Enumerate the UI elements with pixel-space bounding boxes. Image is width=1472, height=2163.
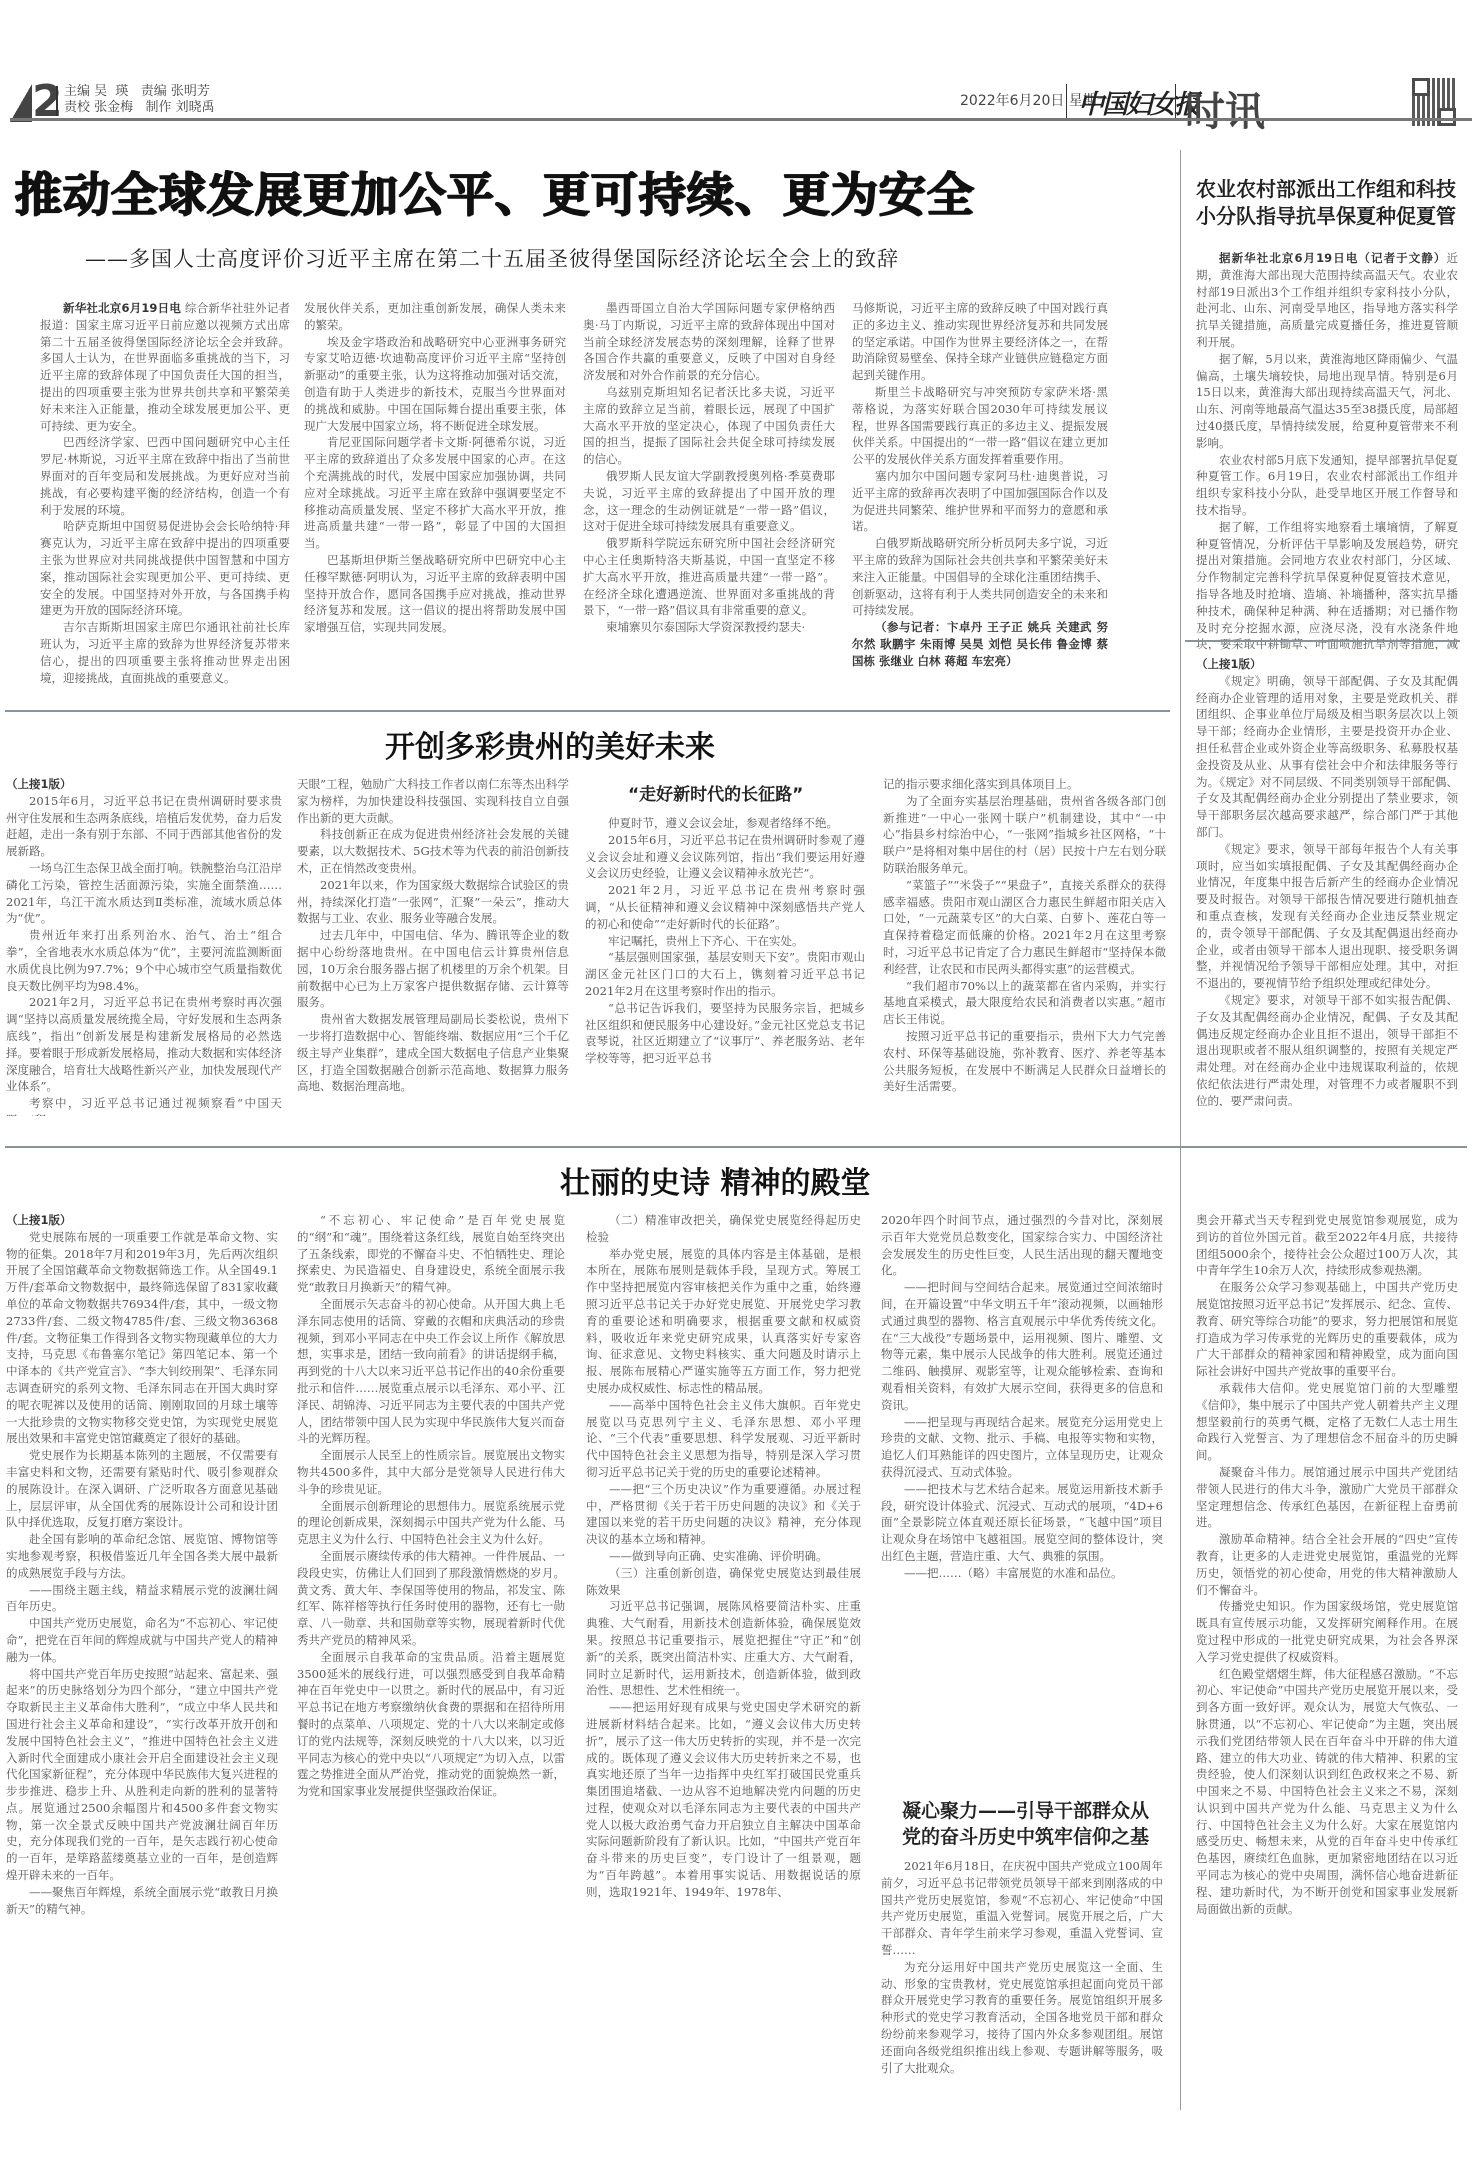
section-rule	[5, 710, 1170, 712]
museum-paragraph: 赴全国有影响的革命纪念馆、展览馆、博物馆等实地参观考察，积极借鉴近几年全国各类大…	[6, 1531, 278, 1581]
lead-paragraph: 巴基斯坦伊斯兰堡战略研究所中巴研究中心主任穆罕默德·阿明认为，习近平主席的致辞表…	[304, 552, 566, 636]
museum-column-5: 奥会开幕式当天专程到党史展览馆参观展览，成为到访的首位外国元首。截至2022年4…	[1196, 1212, 1458, 2157]
guizhou-subheadline: “走好新时代的长征路”	[628, 780, 803, 805]
editor-credits: 主编 吴 瑛 责编 张明芳责校 张金梅 制作 刘晓禹	[64, 84, 215, 116]
museum-paragraph: 在服务公众学习参观基础上，中国共产党历史展览馆按照习近平总书记“发挥展示、纪念、…	[1196, 1279, 1458, 1380]
reporter-credits: （参与记者：卞卓丹 王子正 姚兵 关建武 努尔然 耿鹏宇 朱雨博 吴昊 刘恺 吴…	[852, 619, 1108, 669]
guizhou-paragraph: 贵州近年来打出系列治水、治气、治土“组合拳”，全省地表水水质总体为“优”，主要河…	[6, 927, 282, 994]
museum-column-4: 2020年四个时间节点，通过强烈的今昔对比，深刻展示百年大党党员总数变化，国家综…	[881, 1212, 1163, 1792]
museum-paragraph: ——高举中国特色社会主义伟大旗帜。百年党史展览以马克思列宁主义、毛泽东思想、邓小…	[586, 1397, 861, 1481]
museum-paragraph: ——把“三个历史决议”作为重要遵循。办展过程中，严格贯彻《关于若干历史问题的决议…	[586, 1481, 861, 1548]
guizhou-paragraph: 2021年以来，作为国家级大数据综合试验区的贵州，持续深化打造“一张网”，汇聚“…	[297, 877, 569, 927]
museum-paragraph: 全面展示创新理论的思想伟力。展览系统展示党的理论创新成果，深刻揭示中国共产党为什…	[297, 1498, 565, 1548]
guizhou-paragraph: 一场乌江生态保卫战全面打响。铁腕整治乌江沿岸磷化工污染，管控生活面源污染，实施全…	[6, 860, 282, 927]
masthead-rule	[10, 118, 1472, 121]
museum-column-4b: 2021年6月18日，在庆祝中国共产党成立100周年前夕，习近平总书记带领党员领…	[881, 1858, 1163, 2158]
museum-paragraph: 全面展示人民至上的性质宗旨。展览展出文物实物共4500多件，其中大部分是党领导人…	[297, 1447, 565, 1497]
museum-paragraph: ——做到导向正确、史实准确、评价明确。	[586, 1548, 861, 1565]
lead-paragraph: 综合新华社驻外记者报道：国家主席习近平日前应邀以视频方式出席第二十五届圣彼得堡国…	[40, 301, 290, 433]
masthead-divider	[1066, 84, 1067, 118]
museum-paragraph: 党史展陈布展的一项重要工作就是革命文物、实物的征集。2018年7月和2019年3…	[6, 1229, 278, 1447]
museum-paragraph: 承载伟大信仰。党史展览馆门前的大型雕塑《信仰》，集中展示了中国共产党人朝着共产主…	[1196, 1380, 1458, 1464]
lead-paragraph: 肯尼亚国际问题学者卡文斯·阿德希尔说，习近平主席的致辞道出了众多发展中国家的心声…	[304, 434, 566, 552]
lead-paragraph: 哈萨克斯坦中国贸易促进协会会长哈纳特·拜赛克认为，习近平主席在致辞中提出的四项重…	[40, 518, 290, 619]
museum-paragraph: （二）精准审改把关，确保党史展览经得起历史检验	[586, 1212, 861, 1246]
museum-paragraph: 2021年6月18日，在庆祝中国共产党成立100周年前夕，习近平总书记带领党员领…	[881, 1858, 1163, 1959]
guizhou-column-1: （上接1版） 2015年6月，习近平总书记在贵州调研时要求贵州守住发展和生态两条…	[6, 776, 282, 1116]
lead-paragraph: 吉尔吉斯斯坦国家主席巴尔通讯社前社长库班认为，习近平主席的致辞为世界经济复苏带来…	[40, 619, 290, 686]
lead-column-2: 发展伙伴关系，更加注重创新发展，确保人类未来的繁荣。 埃及金字塔政治和战略研究中…	[304, 300, 566, 695]
guizhou-paragraph: “基层强则国家强，基层安则天下安”。贵阳市观山湖区金元社区门口的大石上，镌刻着习…	[585, 949, 865, 999]
lead-paragraph: 俄罗斯科学院远东研究所中国社会经济研究中心主任奥斯特洛夫斯基说，中国一直坚定不移…	[583, 535, 835, 619]
museum-subheadline: 凝心聚力——引导干部群众从党的奋斗历史中筑牢信仰之基	[902, 1798, 1162, 1850]
museum-paragraph: 全面展示矢志奋斗的初心使命。从开国大典上毛泽东同志使用的话筒、穿戴的衣帽和庆典活…	[297, 1296, 565, 1447]
guizhou-paragraph: 仲夏时节，遵义会议会址，参观者络绎不绝。	[585, 815, 865, 832]
credits-line-1: 主编 吴 瑛 责编 张明芳	[64, 84, 215, 100]
museum-paragraph: （三）注重创新创造，确保党史展览达到最佳展陈效果	[586, 1565, 861, 1599]
museum-paragraph: ——围绕主题主线，精益求精展示党的波澜壮阔百年历史。	[6, 1582, 278, 1616]
museum-paragraph: 中国共产党历史展览，命名为“不忘初心、牢记使命”，把党在百年间的辉煌成就与中国共…	[6, 1615, 278, 1665]
lead-paragraph: 柬埔寨贝尔泰国际大学资深教授约瑟夫·	[583, 619, 835, 636]
guizhou-paragraph: 贵州省大数据发展管理局副局长娄松说，贵州下一步将打造数据中心、智能终端、数据应用…	[297, 1011, 569, 1095]
lead-paragraph: 发展伙伴关系，更加注重创新发展，确保人类未来的繁荣。	[304, 300, 566, 334]
side-paragraph: 据了解，工作组将实地察看土壤墒情，了解夏种夏管情况，分析评估干旱影响及发展趋势，…	[1196, 519, 1458, 650]
lead-paragraph: 巴西经济学家、巴西中国问题研究中心主任罗尼·林斯说，习近平主席在致辞中指出了当前…	[40, 434, 290, 518]
museum-paragraph: ——把运用好现有成果与党史国史学术研究的新进展新材料结合起来。比如，“遵义会议伟…	[586, 1699, 861, 1901]
page-number-wedge	[10, 84, 32, 122]
guizhou-paragraph: “总书记告诉我们，要坚持为民服务宗旨，把城乡社区组织和便民服务中心建设好。”金元…	[585, 1000, 865, 1067]
section-rule	[5, 1146, 1467, 1148]
lead-column-3: 墨西哥国立自治大学国际问题专家伊格纳西奥·马丁内斯说，习近平主席的致辞体现出中国…	[583, 300, 835, 695]
museum-paragraph: 举办党史展，展览的具体内容是主体基础，是根本所在，展陈布展则是载体手段，呈现方式…	[586, 1246, 861, 1397]
guizhou-headline: 开创多彩贵州的美好未来	[385, 722, 715, 766]
museum-paragraph: ——把……（略）丰富展览的水准和品位。	[881, 1565, 1163, 1582]
guizhou-label: （上接1版）	[6, 776, 282, 793]
guizhou-column-3: 仲夏时节，遵义会议会址，参观者络绎不绝。 2015年6月，习近平总书记在贵州调研…	[585, 815, 865, 1115]
masthead-divider	[56, 86, 58, 116]
guizhou-paragraph: 天眼”工程，勉励广大科技工作者以南仁东等杰出科学家为榜样，为加快建设科技强国、实…	[297, 776, 569, 826]
side-paragraph: 据了解，5月以来，黄淮海地区降雨偏少、气温偏高，土壤失墒较快，局地出现旱情。特别…	[1196, 351, 1458, 452]
guizhou-paragraph: “我们超市70%以上的蔬菜都在省内采购，并实行基地直采模式，最大限度给农民和消费…	[883, 978, 1166, 1028]
lead-subheadline: ——多国人士高度评价习近平主席在第二十五届圣彼得堡国际经济论坛全会上的致辞	[85, 243, 899, 273]
continuation-body: （上接1版） 《规定》明确，领导干部配偶、子女及其配偶经商办企业管理的适用对象，…	[1196, 656, 1458, 1106]
lead-paragraph: 白俄罗斯战略研究所分析员阿夫多宁说，习近平主席的致辞为国际社会共创共享和平繁荣美…	[852, 535, 1108, 619]
guizhou-paragraph: 为了全面夯实基层治理基础，贵州省各级各部门创新推进“一中心一张网十联户”机制建设…	[883, 793, 1166, 877]
continuation-paragraph: 《规定》明确，领导干部配偶、子女及其配偶经商办企业管理的适用对象，主要是党政机关…	[1196, 673, 1458, 841]
credits-line-2: 责校 张金梅 制作 刘晓禹	[64, 100, 215, 116]
guizhou-column-4: 记的指示要求细化落实到具体项目上。 为了全面夯实基层治理基础，贵州省各级各部门创…	[883, 776, 1166, 1116]
lead-paragraph: 埃及金字塔政治和战略研究中心亚洲事务研究专家艾哈迈德·坎迪勒高度评价习近平主席“…	[304, 334, 566, 435]
guizhou-paragraph: 科技创新正在成为促进贵州经济社会发展的关键要素，以大数据技术、5G技术等为代表的…	[297, 826, 569, 876]
museum-paragraph: 党史展作为长期基本陈列的主题展，不仅需要有丰富史料和文物，还需要有紧贴时代、吸引…	[6, 1447, 278, 1531]
museum-paragraph: 2020年四个时间节点，通过强烈的今昔对比，深刻展示百年大党党员总数变化，国家综…	[881, 1212, 1163, 1279]
section-title: 时讯	[1185, 80, 1265, 137]
column-divider	[1180, 150, 1181, 2110]
masthead-divider	[1175, 84, 1176, 118]
continuation-paragraph: 《规定》要求，领导干部每年报告个人有关事项时，应当如实填报配偶、子女及其配偶经商…	[1196, 841, 1458, 992]
continuation-label: （上接1版）	[1196, 656, 1458, 673]
museum-paragraph: ——聚焦百年辉煌，系统全面展示党“敢教日月换新天”的精气神。	[6, 1884, 278, 1918]
guizhou-paragraph: 2015年6月，习近平总书记在贵州调研时参观了遵义会议会址和遵义会议陈列馆，指出…	[585, 832, 865, 882]
museum-paragraph: 传播党史知识。作为国家级场馆，党史展览馆既具有宣传展示功能，又发挥研究阐释作用。…	[1196, 1598, 1458, 1665]
guizhou-paragraph: 牢记嘱托，贵州上下齐心、干在实处。	[585, 933, 865, 950]
lead-paragraph: 斯里兰卡战略研究与冲突预防专家萨米塔·黑蒂格说，为落实好联合国2030年可持续发…	[852, 384, 1108, 468]
museum-paragraph: 为充分运用好中国共产党历史展览这一全面、生动、形象的宝贵教材，党史展览馆承担起面…	[881, 1959, 1163, 2077]
lead-dateline: 新华社北京6月19日电	[63, 301, 181, 315]
side-paragraph: 近期，黄淮海大部出现大范围持续高温天气。农业农村部19日派出3个工作组并组织专家…	[1196, 251, 1458, 349]
side-paragraph: 农业农村部5月底下发通知，提早部署抗旱促夏种夏管工作。6月19日，农业农村部派出…	[1196, 452, 1458, 519]
guizhou-paragraph: 记的指示要求细化落实到具体项目上。	[883, 776, 1166, 793]
guizhou-paragraph: 2021年2月，习近平总书记在贵州考察时强调，“从长征精神和遵义会议精神中深刻感…	[585, 882, 865, 932]
museum-paragraph: 习近平总书记强调，展陈风格要简洁朴实、庄重典雅、大气耐看，用新技术创造新体验，确…	[586, 1598, 861, 1699]
lead-paragraph: 乌兹别克斯坦知名记者沃比多夫说，习近平主席的致辞立足当前，着眼长远，展现了中国扩…	[583, 384, 835, 468]
guizhou-paragraph: 2015年6月，习近平总书记在贵州调研时要求贵州守住发展和生态两条底线，培植后发…	[6, 793, 282, 860]
lead-paragraph: 墨西哥国立自治大学国际问题专家伊格纳西奥·马丁内斯说，习近平主席的致辞体现出中国…	[583, 300, 835, 384]
museum-column-1: （上接1版） 党史展陈布展的一项重要工作就是革命文物、实物的征集。2018年7月…	[6, 1212, 278, 2157]
side-dateline: 据新华社北京6月19日电（记者于文静）	[1219, 251, 1447, 265]
guizhou-column-2: 天眼”工程，勉励广大科技工作者以南仁东等杰出科学家为榜样，为加快建设科技强国、实…	[297, 776, 569, 1116]
museum-column-2: “不忘初心、牢记使命”是百年党史展览的“纲”和“魂”。围绕着这条红线，展览自始至…	[297, 1212, 565, 2157]
museum-paragraph: ——把技术与艺术结合起来。展览运用新技术新手段，研究设计体验式、沉浸式、互动式的…	[881, 1481, 1163, 1565]
museum-paragraph: “不忘初心、牢记使命”是百年党史展览的“纲”和“魂”。围绕着这条红线，展览自始至…	[297, 1212, 565, 1296]
side-headline: 农业农村部派出工作组和科技小分队指导抗旱保夏种促夏管	[1196, 176, 1472, 230]
museum-paragraph: 红色殿堂熠熠生辉，伟大征程感召激励。“不忘初心、牢记使命”中国共产党历史展览开展…	[1196, 1666, 1458, 1918]
side-article-body: 据新华社北京6月19日电（记者于文静）近期，黄淮海大部出现大范围持续高温天气。农…	[1196, 250, 1458, 650]
guizhou-paragraph: “菜篮子”“米袋子”“果盘子”，直接关系群众的获得感幸福感。贵阳市观山湖区合力惠…	[883, 877, 1166, 978]
continuation-paragraph: 《规定》要求，对领导干部不如实报告配偶、子女及其配偶经商办企业情况，配偶、子女及…	[1196, 992, 1458, 1106]
lead-column-4: 马修斯说，习近平主席的致辞反映了中国对践行真正的多边主义、推动实现世界经济复苏和…	[852, 300, 1108, 695]
lead-headline: 推动全球发展更加公平、更可持续、更为安全	[14, 158, 974, 225]
museum-paragraph: ——把时间与空间结合起来。展览通过空间浓缩时间，在开篇设置“中华文明五千年”滚动…	[881, 1279, 1163, 1413]
lead-paragraph: 塞内加尔中国问题专家阿马杜·迪奥普说，习近平主席的致辞再次表明了中国加强国际合作…	[852, 468, 1108, 535]
section-rule	[1185, 640, 1460, 642]
museum-paragraph: 凝聚奋斗伟力。展馆通过展示中国共产党团结带领人民进行的伟大斗争，激励广大党员干部…	[1196, 1464, 1458, 1531]
lead-column-1: 新华社北京6月19日电 综合新华社驻外记者报道：国家主席习近平日前应邀以视频方式…	[40, 300, 290, 695]
museum-column-3: （二）精准审改把关，确保党史展览经得起历史检验 举办党史展，展览的具体内容是主体…	[586, 1212, 861, 2157]
museum-headline: 壮丽的史诗 精神的殿堂	[560, 1158, 870, 1202]
lead-paragraph: 马修斯说，习近平主席的致辞反映了中国对践行真正的多边主义、推动实现世界经济复苏和…	[852, 300, 1108, 384]
museum-paragraph: 奥会开幕式当天专程到党史展览馆参观展览，成为到访的首位外国元首。截至2022年4…	[1196, 1212, 1458, 1279]
guizhou-paragraph: 按照习近平总书记的重要指示，贵州下大力气完善农村、环保等基础设施，弥补教育、医疗…	[883, 1028, 1166, 1095]
museum-paragraph: ——把呈现与再现结合起来。展览充分运用党史上珍贵的文献、文物、批示、手稿、电报等…	[881, 1414, 1163, 1481]
museum-paragraph: 激励革命精神。结合全社会开展的“四史”宣传教育，让更多的人走进党史展览馆，重温党…	[1196, 1531, 1458, 1598]
newspaper-logo: 中国妇女报	[1078, 84, 1198, 121]
museum-paragraph: 全面展示自我革命的宝贵品质。沿着主题展览3500延米的展线行进，可以强烈感受到自…	[297, 1649, 565, 1800]
museum-paragraph: 将中国共产党百年历史按照“站起来、富起来、强起来”的历史脉络划分为四个部分，“建…	[6, 1666, 278, 1884]
museum-label: （上接1版）	[6, 1212, 278, 1229]
guizhou-paragraph: 过去几年中，中国电信、华为、腾讯等企业的数据中心纷纷落地贵州。在中国电信云计算贵…	[297, 927, 569, 1011]
guizhou-paragraph: 考察中，习近平总书记通过视频察看“中国天眼”工程……	[6, 1095, 282, 1116]
guizhou-paragraph: 2021年2月，习近平总书记在贵州考察时再次强调“坚持以高质量发展统揽全局，守好…	[6, 994, 282, 1095]
museum-paragraph: 全面展示赓续传承的伟大精神。一件件展品、一段段史实，仿佛让人们回到了那段激情燃烧…	[297, 1548, 565, 1649]
lead-paragraph: 俄罗斯人民友谊大学副教授奥列格·季莫费耶夫说，习近平主席的致辞提出了中国开放的理…	[583, 468, 835, 535]
